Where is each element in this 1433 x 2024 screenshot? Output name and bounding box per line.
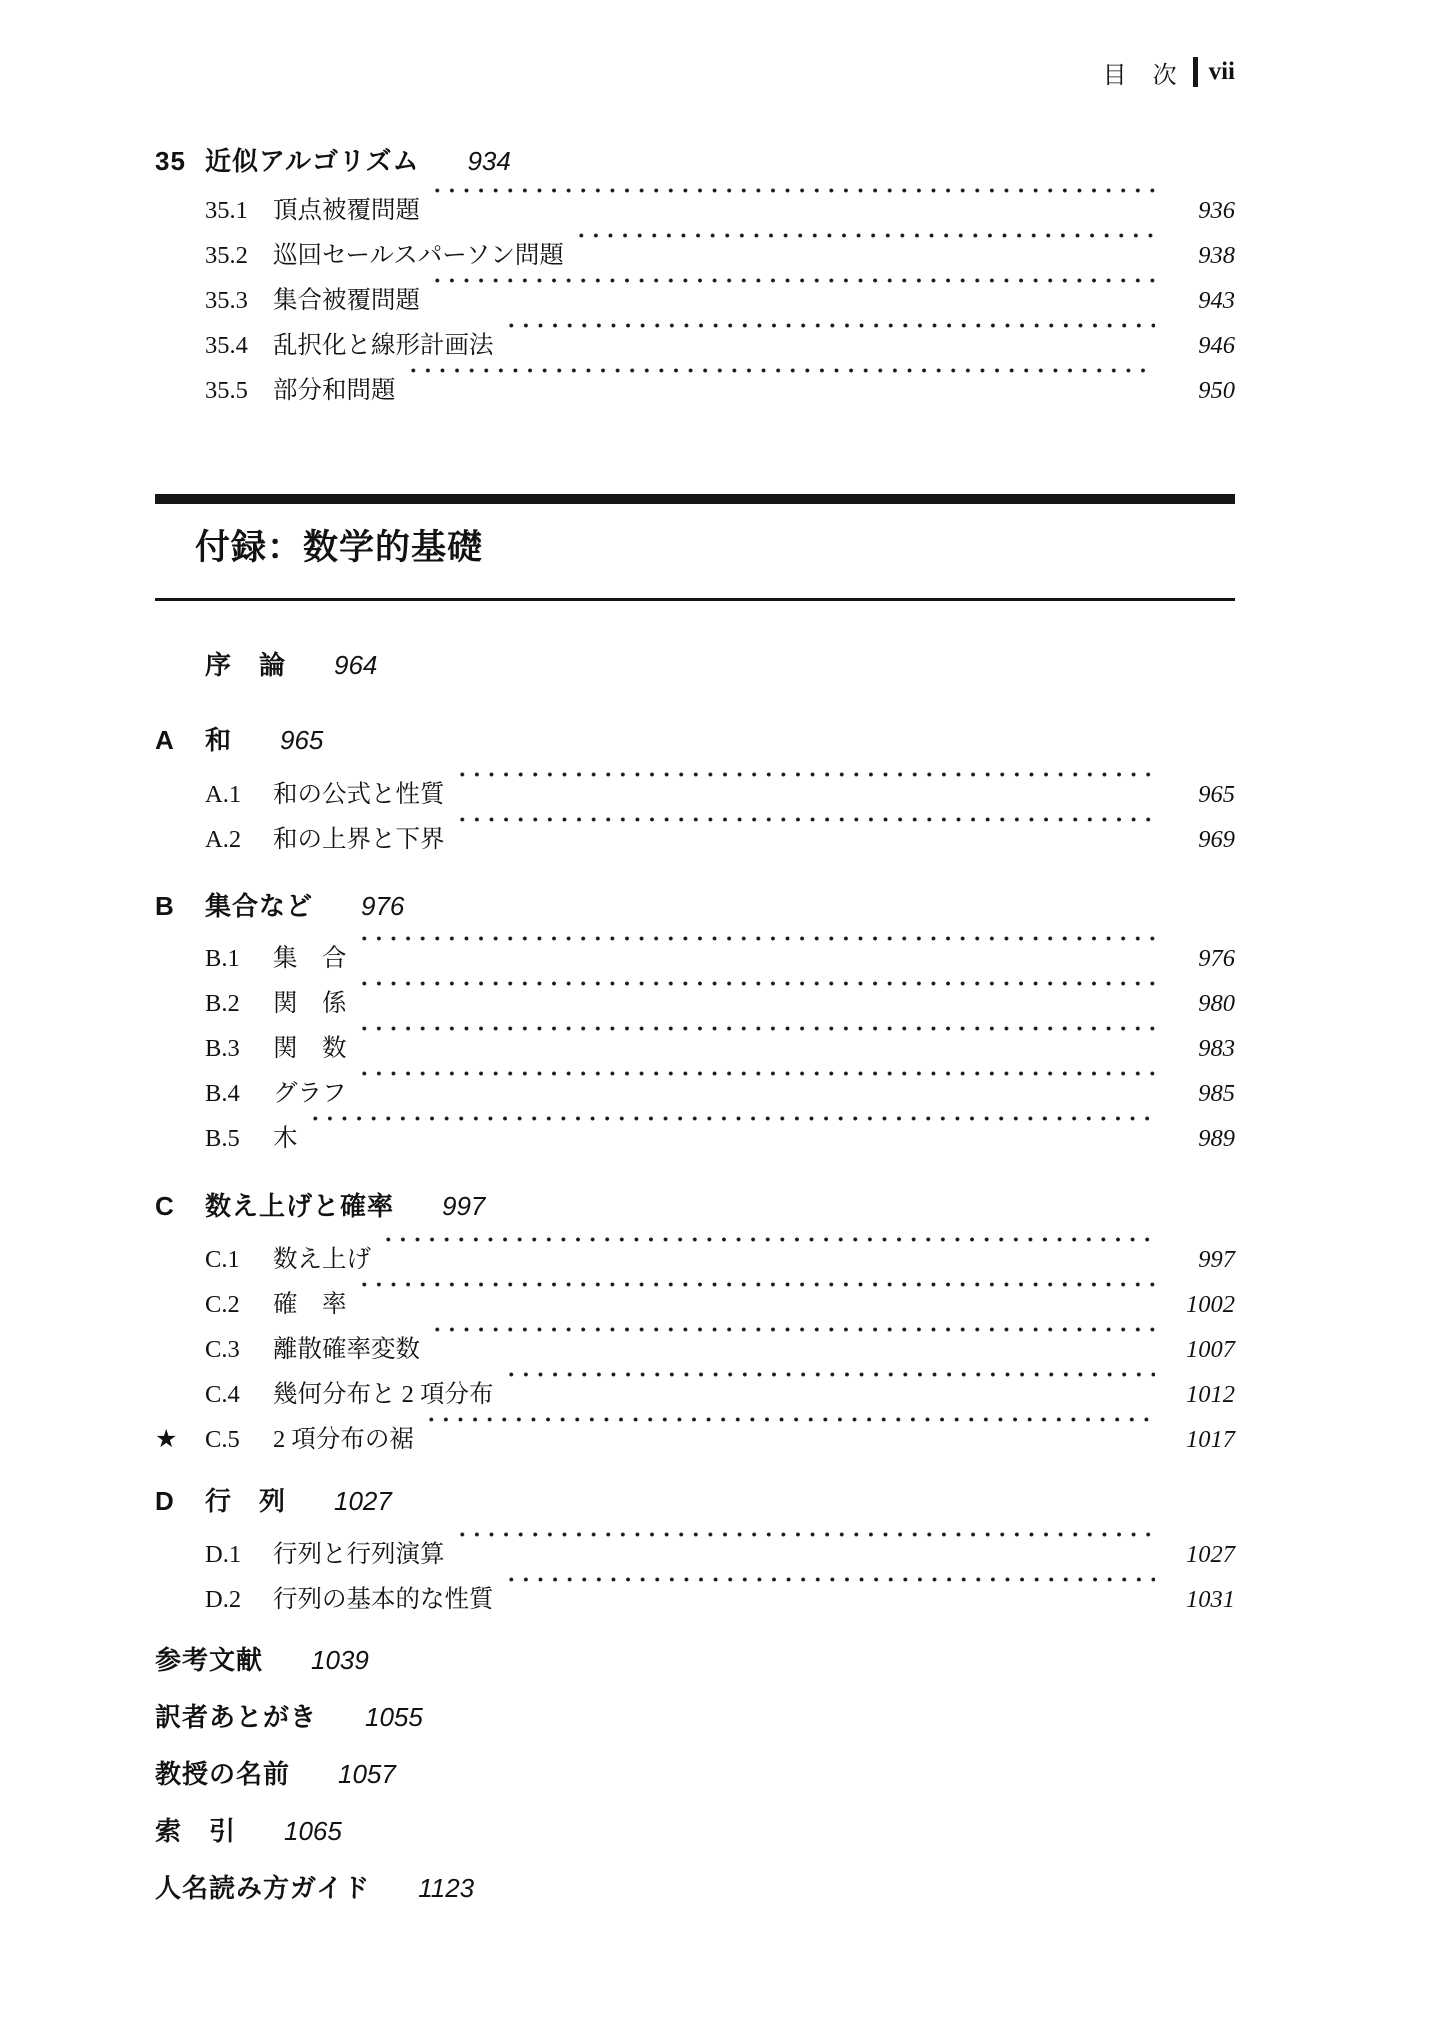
entry-number: A.1 xyxy=(205,772,273,817)
chapter-35-heading[interactable]: 35 近似アルゴリズム 934 xyxy=(155,142,1235,180)
entry-title: 行列と行列演算 xyxy=(273,1532,445,1577)
toc-entry-c-5[interactable]: ★ C.5 2 項分布の裾 1017 xyxy=(205,1417,1235,1462)
toc-entry-c-1[interactable]: C.1 数え上げ 997 xyxy=(205,1237,1235,1282)
dot-leader xyxy=(357,1282,1156,1327)
section-a-heading[interactable]: A 和 965 xyxy=(155,721,1235,759)
entry-page-number: 1002 xyxy=(1169,1282,1235,1327)
entry-page-number: 938 xyxy=(1169,233,1235,278)
entry-page-number: 943 xyxy=(1169,278,1235,323)
entry-page-number: 969 xyxy=(1169,817,1235,862)
backmatter-index[interactable]: 索 引 1065 xyxy=(155,1812,1235,1850)
chapter-page-number: 934 xyxy=(467,142,510,180)
entry-page-number: 983 xyxy=(1169,1026,1235,1071)
toc-page: 目 次 vii 35 近似アルゴリズム 934 35.1 頂点被覆問題 936 … xyxy=(0,0,1433,2024)
section-d-heading[interactable]: D 行 列 1027 xyxy=(155,1482,1235,1520)
entry-page-number: 965 xyxy=(1169,772,1235,817)
dot-leader xyxy=(455,817,1156,862)
entry-page-number: 946 xyxy=(1169,323,1235,368)
intro-page-number: 964 xyxy=(334,646,377,684)
entry-page-number: 997 xyxy=(1169,1237,1235,1282)
backmatter-professor-names[interactable]: 教授の名前 1057 xyxy=(155,1755,1235,1793)
toc-entry-35-4[interactable]: 35.4 乱択化と線形計画法 946 xyxy=(205,323,1235,368)
toc-entry-35-3[interactable]: 35.3 集合被覆問題 943 xyxy=(205,278,1235,323)
entry-title: グラフ xyxy=(273,1071,347,1116)
section-page-number: 965 xyxy=(280,721,323,759)
backmatter-page-number: 1055 xyxy=(365,1698,423,1736)
entry-number: D.2 xyxy=(205,1577,273,1622)
entry-title: 和の上界と下界 xyxy=(273,817,445,862)
dot-leader xyxy=(504,323,1156,368)
toc-entry-b-1[interactable]: B.1 集 合 976 xyxy=(205,936,1235,981)
entry-page-number: 989 xyxy=(1169,1116,1235,1161)
entry-page-number: 1007 xyxy=(1169,1327,1235,1372)
header-divider-bar xyxy=(1193,57,1198,87)
section-page-number: 976 xyxy=(361,887,404,925)
entry-number: B.2 xyxy=(205,981,273,1026)
backmatter-page-number: 1065 xyxy=(284,1812,342,1850)
backmatter-page-number: 1039 xyxy=(311,1641,369,1679)
dot-leader xyxy=(357,981,1156,1026)
dot-leader xyxy=(430,188,1155,233)
backmatter-title: 訳者あとがき xyxy=(155,1698,317,1736)
backmatter-title: 参考文献 xyxy=(155,1641,263,1679)
toc-entry-c-2[interactable]: C.2 確 率 1002 xyxy=(205,1282,1235,1327)
entry-number: 35.3 xyxy=(205,278,273,323)
entry-page-number: 976 xyxy=(1169,936,1235,981)
entry-number: 35.5 xyxy=(205,368,273,413)
dot-leader xyxy=(424,1417,1155,1462)
entry-number: B.1 xyxy=(205,936,273,981)
section-letter: D xyxy=(155,1482,205,1520)
section-a-entries: A.1 和の公式と性質 965 A.2 和の上界と下界 969 xyxy=(205,772,1235,862)
section-letter: C xyxy=(155,1187,205,1225)
section-c-entries: C.1 数え上げ 997 C.2 確 率 1002 C.3 離散確率変数 100… xyxy=(205,1237,1235,1462)
entry-number: A.2 xyxy=(205,817,273,862)
toc-entry-35-5[interactable]: 35.5 部分和問題 950 xyxy=(205,368,1235,413)
section-title: 集合など xyxy=(205,887,313,925)
toc-entry-35-2[interactable]: 35.2 巡回セールスパーソン問題 938 xyxy=(205,233,1235,278)
entry-number: C.4 xyxy=(205,1372,273,1417)
appendix-banner-title: 付録：数学的基礎 xyxy=(195,524,1235,572)
star-icon: ★ xyxy=(155,1417,205,1462)
backmatter-bibliography[interactable]: 参考文献 1039 xyxy=(155,1641,1235,1679)
backmatter-translators-afterword[interactable]: 訳者あとがき 1055 xyxy=(155,1698,1235,1736)
toc-entry-d-1[interactable]: D.1 行列と行列演算 1027 xyxy=(205,1532,1235,1577)
entry-number: 35.1 xyxy=(205,188,273,233)
entry-title: 和の公式と性質 xyxy=(273,772,445,817)
entry-page-number: 950 xyxy=(1169,368,1235,413)
toc-entry-b-3[interactable]: B.3 関 数 983 xyxy=(205,1026,1235,1071)
chapter-35-entries: 35.1 頂点被覆問題 936 35.2 巡回セールスパーソン問題 938 35… xyxy=(205,188,1235,413)
entry-number: C.3 xyxy=(205,1327,273,1372)
section-title: 行 列 xyxy=(205,1482,286,1520)
dot-leader xyxy=(406,368,1156,413)
entry-page-number: 1031 xyxy=(1169,1577,1235,1622)
running-header: 目 次 vii xyxy=(155,54,1235,90)
entry-page-number: 936 xyxy=(1169,188,1235,233)
dot-leader xyxy=(308,1116,1156,1161)
section-b-entries: B.1 集 合 976 B.2 関 係 980 B.3 関 数 983 B.4 … xyxy=(205,936,1235,1161)
section-title: 数え上げと確率 xyxy=(205,1187,394,1225)
entry-page-number: 980 xyxy=(1169,981,1235,1026)
entry-number: B.5 xyxy=(205,1116,273,1161)
dot-leader xyxy=(357,1026,1156,1071)
toc-entry-c-4[interactable]: C.4 幾何分布と 2 項分布 1012 xyxy=(205,1372,1235,1417)
dot-leader xyxy=(381,1237,1155,1282)
banner-top-rule xyxy=(155,494,1235,504)
toc-entry-a-2[interactable]: A.2 和の上界と下界 969 xyxy=(205,817,1235,862)
entry-page-number: 1017 xyxy=(1169,1417,1235,1462)
entry-title: 確 率 xyxy=(273,1282,347,1327)
backmatter-page-number: 1057 xyxy=(338,1755,396,1793)
chapter-number: 35 xyxy=(155,142,205,180)
entry-title: 巡回セールスパーソン問題 xyxy=(273,233,564,278)
backmatter-title: 教授の名前 xyxy=(155,1755,290,1793)
entry-title: 2 項分布の裾 xyxy=(273,1417,414,1462)
section-page-number: 1027 xyxy=(334,1482,392,1520)
toc-entry-c-3[interactable]: C.3 離散確率変数 1007 xyxy=(205,1327,1235,1372)
entry-title: 関 係 xyxy=(273,981,347,1026)
backmatter-title: 人名読み方ガイド xyxy=(155,1869,370,1907)
dot-leader xyxy=(357,936,1156,981)
entry-number: C.2 xyxy=(205,1282,273,1327)
dot-leader xyxy=(455,1532,1156,1577)
entry-title: 集合被覆問題 xyxy=(273,278,420,323)
entry-title: 乱択化と線形計画法 xyxy=(273,323,494,368)
intro-title: 序 論 xyxy=(205,646,286,684)
entry-number: C.5 xyxy=(205,1417,273,1462)
toc-entry-a-1[interactable]: A.1 和の公式と性質 965 xyxy=(205,772,1235,817)
entry-title: 関 数 xyxy=(273,1026,347,1071)
section-letter: A xyxy=(155,721,205,759)
dot-leader xyxy=(504,1372,1156,1417)
entry-title: 頂点被覆問題 xyxy=(273,188,420,233)
section-page-number: 997 xyxy=(442,1187,485,1225)
toc-entry-b-5[interactable]: B.5 木 989 xyxy=(205,1116,1235,1161)
entry-number: 35.4 xyxy=(205,323,273,368)
entry-page-number: 985 xyxy=(1169,1071,1235,1116)
toc-entry-35-1[interactable]: 35.1 頂点被覆問題 936 xyxy=(205,188,1235,233)
entry-title: 集 合 xyxy=(273,936,347,981)
section-c-heading[interactable]: C 数え上げと確率 997 xyxy=(155,1187,1235,1225)
dot-leader xyxy=(357,1071,1156,1116)
entry-number: D.1 xyxy=(205,1532,273,1577)
chapter-title: 近似アルゴリズム xyxy=(205,142,419,180)
entry-title: 数え上げ xyxy=(273,1237,371,1282)
entry-page-number: 1027 xyxy=(1169,1532,1235,1577)
dot-leader xyxy=(430,1327,1155,1372)
section-b-heading[interactable]: B 集合など 976 xyxy=(155,887,1235,925)
banner-bottom-rule xyxy=(155,598,1235,601)
entry-number: 35.2 xyxy=(205,233,273,278)
dot-leader xyxy=(430,278,1155,323)
entry-number: B.4 xyxy=(205,1071,273,1116)
entry-title: 離散確率変数 xyxy=(273,1327,420,1372)
entry-number: B.3 xyxy=(205,1026,273,1071)
section-letter: B xyxy=(155,887,205,925)
entry-title: 幾何分布と 2 項分布 xyxy=(273,1372,494,1417)
entry-title: 部分和問題 xyxy=(273,368,396,413)
page-number-roman: vii xyxy=(1209,58,1235,86)
toc-entry-d-2[interactable]: D.2 行列の基本的な性質 1031 xyxy=(205,1577,1235,1622)
entry-number: C.1 xyxy=(205,1237,273,1282)
backmatter-page-number: 1123 xyxy=(418,1869,474,1907)
entry-title: 木 xyxy=(273,1116,298,1161)
intro-heading[interactable]: 序 論 964 xyxy=(155,646,1235,684)
dot-leader xyxy=(455,772,1156,817)
section-d-entries: D.1 行列と行列演算 1027 D.2 行列の基本的な性質 1031 xyxy=(205,1532,1235,1622)
toc-entry-b-4[interactable]: B.4 グラフ 985 xyxy=(205,1071,1235,1116)
entry-page-number: 1012 xyxy=(1169,1372,1235,1417)
toc-title: 目 次 xyxy=(1103,55,1178,90)
toc-entry-b-2[interactable]: B.2 関 係 980 xyxy=(205,981,1235,1026)
backmatter-name-pronunciation-guide[interactable]: 人名読み方ガイド 1123 xyxy=(155,1869,1235,1907)
section-title: 和 xyxy=(205,721,232,759)
dot-leader xyxy=(504,1577,1156,1622)
dot-leader xyxy=(574,233,1155,278)
entry-title: 行列の基本的な性質 xyxy=(273,1577,494,1622)
backmatter-title: 索 引 xyxy=(155,1812,236,1850)
